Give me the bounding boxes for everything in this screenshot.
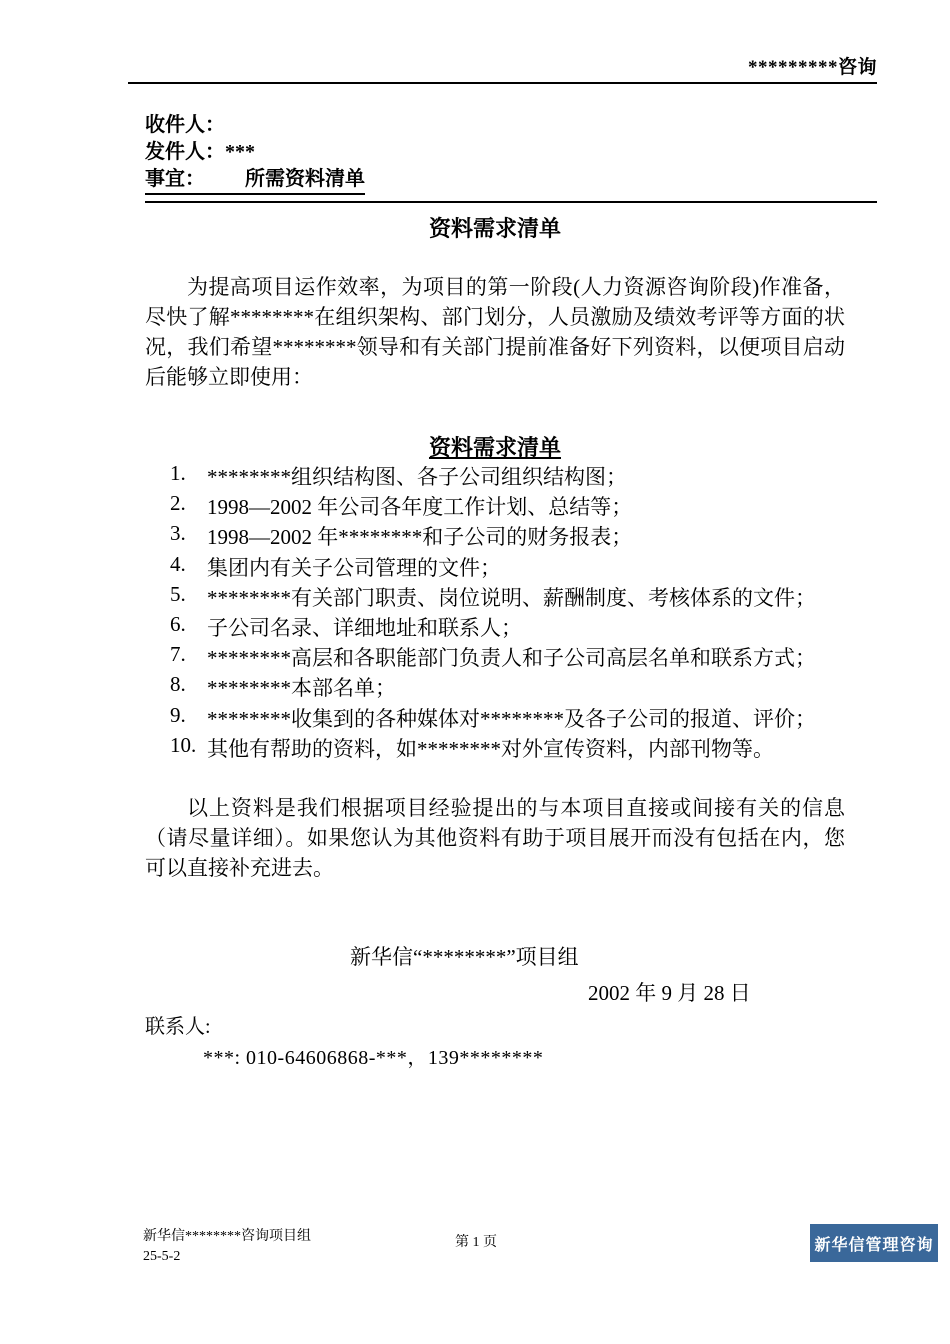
- memo-re-underlined: 事宜：所需资料清单: [145, 166, 365, 195]
- list-item-number: 8.: [145, 672, 207, 697]
- list-item-number: 3.: [145, 521, 207, 546]
- list-item: 2.1998—2002 年公司各年度工作计划、总结等；: [145, 491, 845, 521]
- memo-re-label: 事宜：: [145, 168, 205, 190]
- list-item: 3.1998—2002 年********和子公司的财务报表；: [145, 521, 845, 551]
- list-item-number: 4.: [145, 552, 207, 577]
- memo-to-label: 收件人：: [145, 114, 225, 136]
- footer-project-group: 新华信********咨询项目组: [143, 1227, 311, 1247]
- footer-page-number: 第 1 页: [455, 1231, 497, 1251]
- memo-re-value: 所需资料清单: [245, 168, 365, 190]
- footer-company-badge: 新华信管理咨询: [810, 1224, 938, 1262]
- list-item: 8.********本部名单；: [145, 672, 845, 702]
- list-item-text: ********有关部门职责、岗位说明、薪酬制度、考核体系的文件；: [207, 582, 845, 612]
- list-item: 7.********高层和各职能部门负责人和子公司高层名单和联系方式；: [145, 642, 845, 672]
- signature-line: 新华信“********”项目组: [350, 941, 579, 971]
- list-item-text: 集团内有关子公司管理的文件；: [207, 552, 845, 582]
- footer-left: 新华信********咨询项目组 25-5-2: [143, 1227, 311, 1267]
- signature-date: 2002 年 9 月 28 日: [588, 977, 751, 1007]
- list-item: 9.********收集到的各种媒体对********及各子公司的报道、评价；: [145, 703, 845, 733]
- list-item-text: 1998—2002 年公司各年度工作计划、总结等；: [207, 491, 845, 521]
- closing-paragraph: 以上资料是我们根据项目经验提出的与本项目直接或间接有关的信息（请尽量详细）。如果…: [145, 793, 845, 883]
- memo-to-row: 收件人：: [145, 112, 877, 139]
- list-item-number: 6.: [145, 612, 207, 637]
- memo-from-label: 发件人：: [145, 141, 225, 163]
- list-item-text: ********高层和各职能部门负责人和子公司高层名单和联系方式；: [207, 642, 845, 672]
- header-company-name: *********咨询: [748, 57, 877, 78]
- footer-doc-code: 25-5-2: [143, 1247, 311, 1267]
- list-item: 1.********组织结构图、各子公司组织结构图；: [145, 461, 845, 491]
- list-item: 6.子公司名录、详细地址和联系人；: [145, 612, 845, 642]
- memo-block: 收件人： 发件人：*** 事宜：所需资料清单: [145, 112, 877, 203]
- list-item-text: ********组织结构图、各子公司组织结构图；: [207, 461, 845, 491]
- intro-paragraph: 为提高项目运作效率，为项目的第一阶段(人力资源咨询阶段)作准备，尽快了解****…: [145, 272, 845, 392]
- list-item-number: 7.: [145, 642, 207, 667]
- contact-phone-line: ***: 010-64606868-***，139********: [203, 1041, 543, 1070]
- request-list: 1.********组织结构图、各子公司组织结构图； 2.1998—2002 年…: [145, 461, 845, 763]
- memo-from-row: 发件人：***: [145, 139, 877, 166]
- memo-from-value: ***: [225, 141, 255, 163]
- list-item-number: 1.: [145, 461, 207, 486]
- list-item-text: ********本部名单；: [207, 672, 845, 702]
- list-item-text: ********收集到的各种媒体对********及各子公司的报道、评价；: [207, 703, 845, 733]
- list-item-text: 子公司名录、详细地址和联系人；: [207, 612, 845, 642]
- list-item-number: 2.: [145, 491, 207, 516]
- document-page: *********咨询 收件人： 发件人：*** 事宜：所需资料清单 资料需求清…: [0, 0, 950, 1344]
- list-item-number: 9.: [145, 703, 207, 728]
- list-item: 4.集团内有关子公司管理的文件；: [145, 552, 845, 582]
- document-title: 资料需求清单: [145, 212, 845, 243]
- list-item: 10.其他有帮助的资料，如********对外宣传资料，内部刊物等。: [145, 733, 845, 763]
- page-header: *********咨询: [128, 52, 877, 84]
- list-item: 5.********有关部门职责、岗位说明、薪酬制度、考核体系的文件；: [145, 582, 845, 612]
- list-item-text: 1998—2002 年********和子公司的财务报表；: [207, 521, 845, 551]
- contact-label: 联系人:: [145, 1010, 211, 1039]
- list-section-title: 资料需求清单: [145, 431, 845, 462]
- list-item-number: 10.: [145, 733, 207, 758]
- memo-re-row: 事宜：所需资料清单: [145, 166, 877, 195]
- list-item-text: 其他有帮助的资料，如********对外宣传资料，内部刊物等。: [207, 733, 845, 763]
- list-item-number: 5.: [145, 582, 207, 607]
